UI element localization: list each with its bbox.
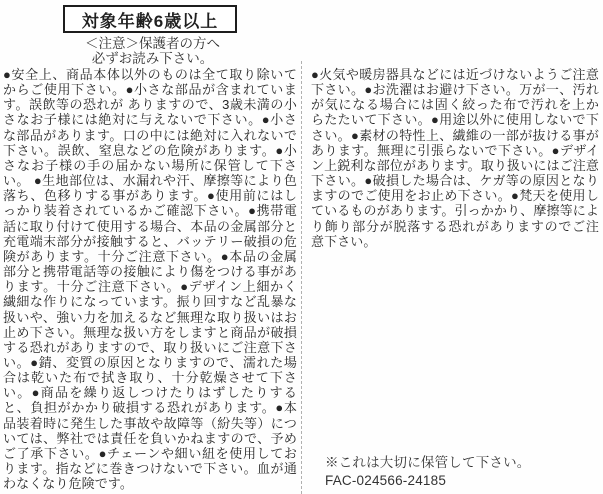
age-rating-text: 対象年齢6歳以上 (82, 7, 218, 32)
notice-line-1: ＜注意＞保護者の方へ (45, 37, 260, 52)
age-rating-box: 対象年齢6歳以上 (63, 5, 237, 33)
left-column-warnings-text: ●安全上、商品本体以外のものは全て取り除いてからご使用下さい。●小さな部品が含ま… (3, 67, 297, 491)
notice-line-2: 必ずお読み下さい。 (45, 52, 260, 67)
guardian-notice: ＜注意＞保護者の方へ 必ずお読み下さい。 (45, 37, 260, 66)
right-column-warnings-text: ●火気や暖房器具などには近づけないようご注意下さい。●お洗濯はお避け下さい。万が… (311, 67, 599, 249)
storage-note: ※これは大切に保管して下さい。 (325, 454, 531, 472)
column-divider (301, 61, 302, 494)
product-code: FAC-024566-24185 (325, 472, 531, 490)
warning-leaflet: 対象年齢6歳以上 ＜注意＞保護者の方へ 必ずお読み下さい。 ●安全上、商品本体以… (0, 0, 603, 494)
warning-columns: ●安全上、商品本体以外のものは全て取り除いてからご使用下さい。●小さな部品が含ま… (0, 66, 603, 494)
footnote-block: ※これは大切に保管して下さい。 FAC-024566-24185 (325, 454, 531, 490)
